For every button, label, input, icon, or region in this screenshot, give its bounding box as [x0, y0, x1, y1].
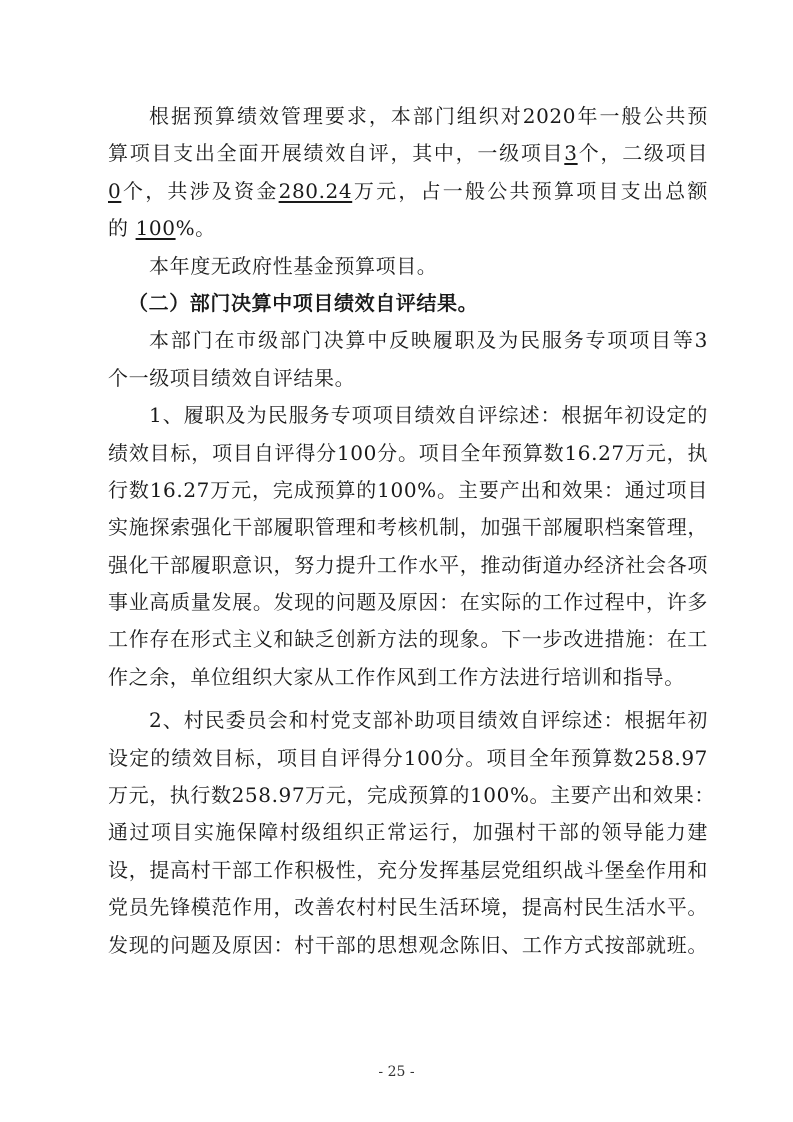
project1-line: 事业高质量发展。发现的问题及原因：在实际的工作过程中，许多 — [108, 584, 708, 621]
project1-line: 1、履职及为民服务专项项目绩效自评综述：根据年初设定的 — [108, 397, 708, 434]
paragraph-intro-line: 根据预算绩效管理要求，本部门组织对2020年一般公共预 — [108, 98, 708, 135]
project2-line: 党员先锋模范作用，改善农村村民生活环境，提高村民生活水平。 — [108, 889, 708, 926]
project1-line: 实施探索强化干部履职管理和考核机制，加强干部履职档案管理， — [108, 509, 708, 546]
project1-line: 工作存在形式主义和缺乏创新方法的现象。下一步改进措施：在工 — [108, 621, 708, 658]
project2-line: 通过项目实施保障村级组织正常运行，加强村干部的领导能力建 — [108, 814, 708, 851]
section-heading: （二）部门决算中项目绩效自评结果。 — [108, 285, 708, 322]
document-page: 根据预算绩效管理要求，本部门组织对2020年一般公共预 算项目支出全面开展绩效自… — [108, 98, 708, 964]
project2-line: 2、村民委员会和村党支部补助项目绩效自评综述：根据年初 — [108, 702, 708, 739]
paragraph-intro-line: 0个，共涉及资金280.24万元，占一般公共预算项目支出总额 — [108, 173, 708, 210]
paragraph-no-fund: 本年度无政府性基金预算项目。 — [108, 248, 708, 285]
text: 个，共涉及资金 — [121, 179, 278, 203]
level1-count: 3 — [564, 141, 577, 165]
project1-line: 强化干部履职意识，努力提升工作水平，推动街道办经济社会各项 — [108, 547, 708, 584]
project1-line: 绩效目标，项目自评得分100分。项目全年预算数16.27万元，执 — [108, 435, 708, 472]
text: 万元，占一般公共预算项目支出总额 — [352, 179, 708, 203]
text: %。 — [176, 216, 216, 240]
project2-line: 设定的绩效目标，项目自评得分100分。项目全年预算数258.97 — [108, 740, 708, 777]
project2-line: 设，提高村干部工作积极性，充分发挥基层党组织战斗堡垒作用和 — [108, 852, 708, 889]
text: 个，二级项目 — [578, 141, 708, 165]
text: 算项目支出全面开展绩效自评，其中，一级项目 — [108, 141, 564, 165]
percentage: 100 — [136, 216, 176, 240]
paragraph-summary-line: 本部门在市级部门决算中反映履职及为民服务专项项目等3 — [108, 322, 708, 359]
project1-line: 行数16.27万元，完成预算的100%。主要产出和效果：通过项目 — [108, 472, 708, 509]
paragraph-intro-line: 的 100%。 — [108, 210, 708, 247]
total-funds: 280.24 — [279, 179, 353, 203]
level2-count: 0 — [108, 179, 121, 203]
project2-line: 万元，执行数258.97万元，完成预算的100%。主要产出和效果： — [108, 777, 708, 814]
paragraph-intro-line: 算项目支出全面开展绩效自评，其中，一级项目3个，二级项目 — [108, 135, 708, 172]
text: 的 — [108, 216, 129, 240]
project1-line: 作之余，单位组织大家从工作作风到工作方法进行培训和指导。 — [108, 659, 708, 696]
paragraph-summary-line: 个一级项目绩效自评结果。 — [108, 360, 708, 397]
project2-line: 发现的问题及原因：村干部的思想观念陈旧、工作方式按部就班。 — [108, 927, 708, 964]
page-number: - 25 - — [0, 1064, 793, 1080]
